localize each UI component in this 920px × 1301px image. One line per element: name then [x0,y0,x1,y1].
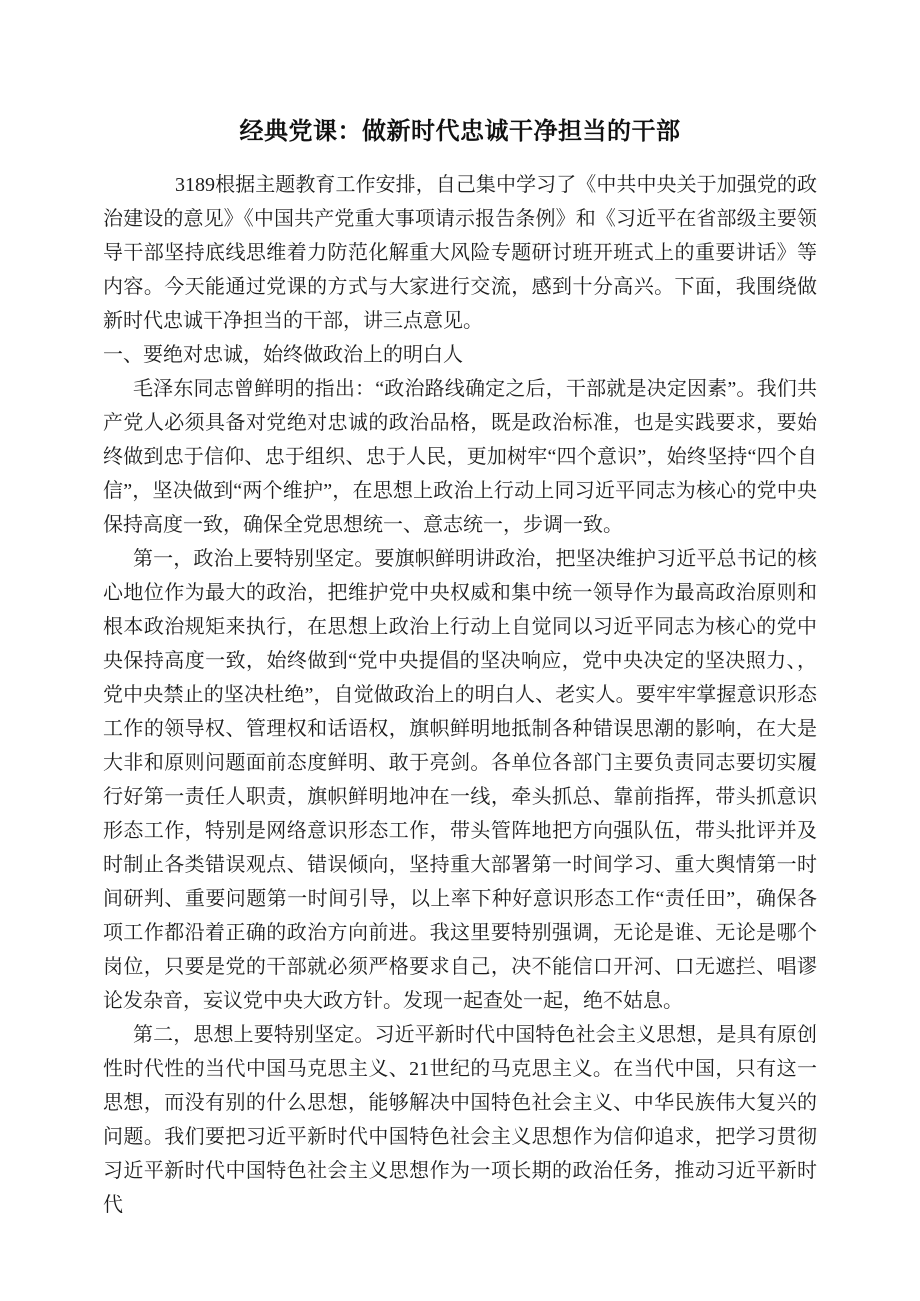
document-page: 经典党课：做新时代忠诚干净担当的干部 3189根据主题教育工作安排，自己集中学习… [0,0,920,1301]
paragraph-intro: 3189根据主题教育工作安排，自己集中学习了《中共中央关于加强党的政治建设的意见… [103,168,817,338]
paragraph-point-2: 第二，思想上要特别坚定。习近平新时代中国特色社会主义思想，是具有原创性时代性的当… [103,1018,817,1222]
paragraph-quote-loyalty: 毛泽东同志曾鲜明的指出：“政治路线确定之后，干部就是决定因素”。我们共产党人必须… [103,372,817,542]
paragraph-point-1: 第一，政治上要特别坚定。要旗帜鲜明讲政治，把坚决维护习近平总书记的核心地位作为最… [103,542,817,1018]
document-title: 经典党课：做新时代忠诚干净担当的干部 [0,0,920,154]
document-body: 3189根据主题教育工作安排，自己集中学习了《中共中央关于加强党的政治建设的意见… [103,168,817,1222]
section-heading-1: 一、要绝对忠诚，始终做政治上的明白人 [103,338,817,372]
